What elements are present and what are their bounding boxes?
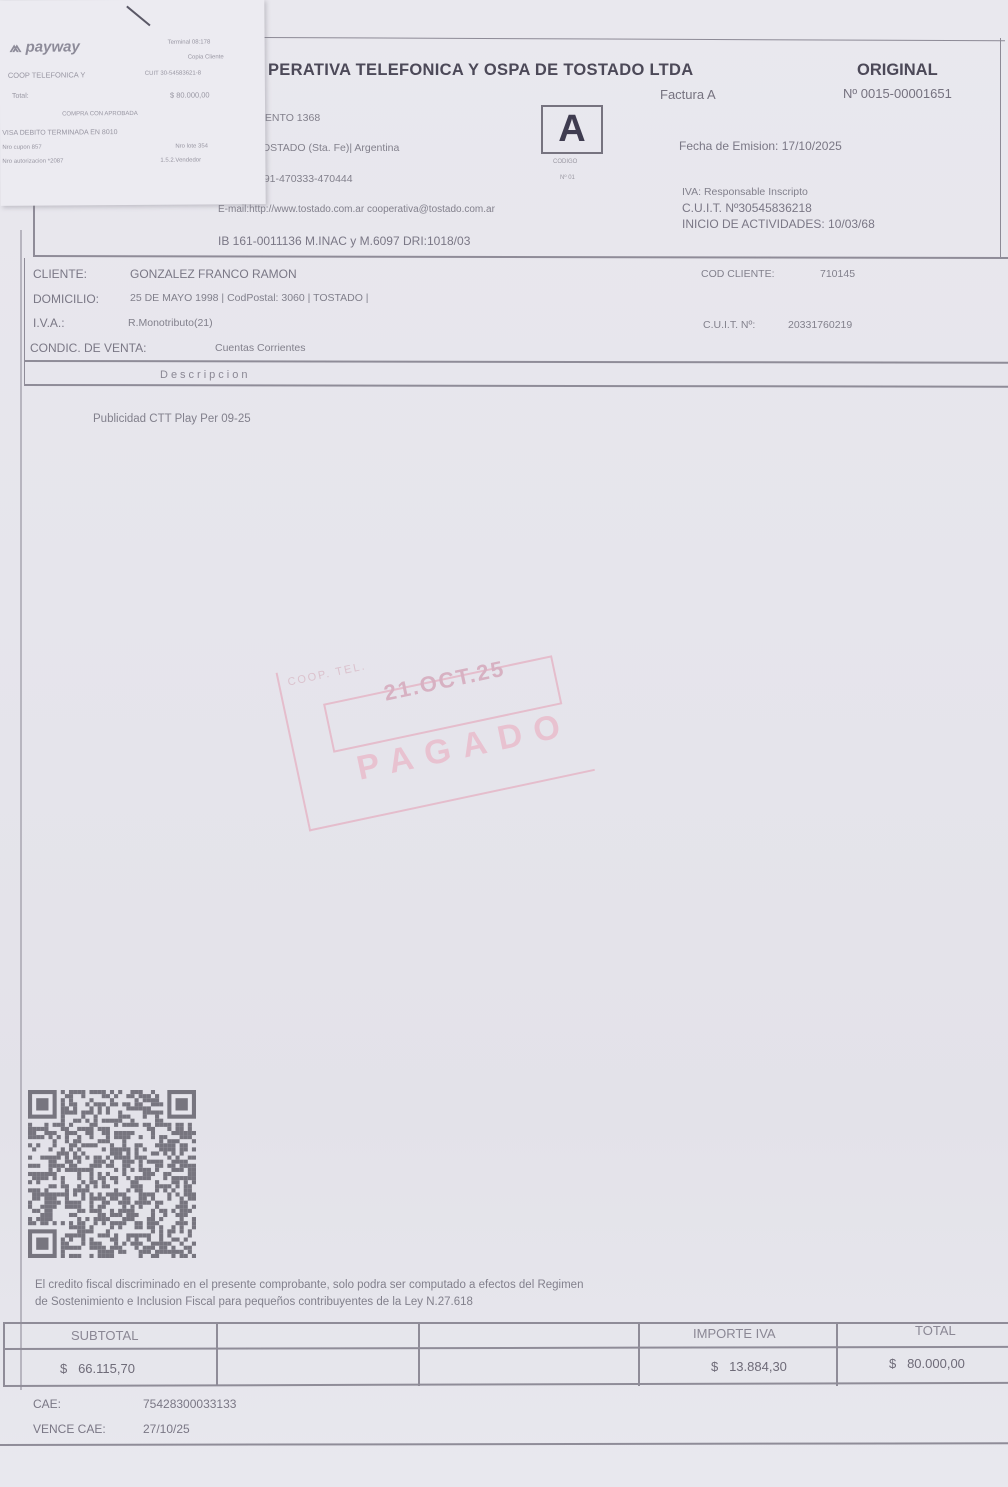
document-number: Nº 0015-00001651 (843, 86, 952, 101)
receipt-terminal: Terminal 08:178 (168, 39, 211, 45)
total-value: $ 80.000,00 (889, 1356, 965, 1371)
client-code: 710145 (820, 268, 855, 280)
receipt-brand: ⩕ payway (10, 38, 80, 55)
cae-due-value: 27/10/25 (143, 1422, 190, 1436)
subtotal-currency: $ (60, 1361, 67, 1376)
company-name: PERATIVA TELEFONICA Y OSPA DE TOSTADO LT… (268, 61, 693, 80)
qr-code (28, 1088, 196, 1260)
payment-receipt: ⩕ payway Terminal 08:178 Copia Cliente C… (0, 0, 266, 206)
total-currency: $ (889, 1356, 896, 1371)
totals-header-divider (3, 1346, 1008, 1350)
copy-type: ORIGINAL (857, 61, 938, 80)
totals-col-border-1 (216, 1322, 218, 1386)
client-code-label: COD CLIENTE: (701, 268, 775, 280)
total-label: TOTAL (915, 1323, 956, 1338)
iva-amount-value: $ 13.884,30 (711, 1359, 787, 1374)
sale-condition: Cuentas Corrientes (215, 342, 305, 354)
iva-currency: $ (711, 1359, 718, 1374)
description-item: Publicidad CTT Play Per 09-25 (93, 413, 251, 425)
iva-amount-label: IMPORTE IVA (693, 1326, 776, 1341)
header-divider (33, 255, 1008, 259)
issue-date-value: 17/10/2025 (782, 139, 842, 153)
invoice-letter: A (558, 108, 585, 151)
company-email: E-mail:http://www.tostado.com.ar coopera… (218, 204, 495, 215)
company-address: IENTO 1368 (262, 112, 320, 124)
client-cuit: 20331760219 (788, 319, 852, 331)
cae-label: CAE: (33, 1397, 61, 1411)
subtotal-amount: 66.115,70 (78, 1361, 135, 1376)
company-cuit: C.U.I.T. Nº30545836218 (682, 201, 812, 215)
description-divider (24, 384, 1008, 388)
client-address-label: DOMICILIO: (33, 292, 99, 306)
client-frame-left (24, 258, 25, 386)
receipt-copy-type: Copia Cliente (188, 54, 224, 60)
totals-bottom-border (3, 1382, 1008, 1387)
start-activities: INICIO DE ACTIVIDADES: 10/03/68 (682, 217, 875, 231)
totals-table: SUBTOTAL IMPORTE IVA TOTAL $ 66.115,70 $… (3, 1322, 1008, 1386)
totals-col-border-4 (836, 1322, 838, 1386)
payway-logo-icon: ⩕ (10, 39, 22, 56)
total-amount: 80.000,00 (907, 1356, 965, 1371)
client-address: 25 DE MAYO 1998 | CodPostal: 3060 | TOST… (130, 292, 369, 304)
client-iva-label: I.V.A.: (33, 316, 65, 330)
receipt-coupon: Nro cupon 857 (2, 145, 41, 151)
receipt-card: VISA DEBITO TERMINADA EN 8010 (2, 129, 117, 137)
legal-note-line-2: de Sostenimiento e Inclusion Fiscal para… (35, 1296, 473, 1308)
subtotal-label: SUBTOTAL (71, 1328, 138, 1343)
company-city: OSTADO (Sta. Fe)| Argentina (262, 142, 399, 154)
invoice-page: PERATIVA TELEFONICA Y OSPA DE TOSTADO LT… (0, 0, 1008, 1487)
sale-condition-label: CONDIC. DE VENTA: (30, 341, 146, 355)
legal-note-line-1: El credito fiscal discriminado en el pre… (35, 1279, 583, 1291)
totals-col-border-2 (418, 1322, 420, 1386)
issue-date-label: Fecha de Emision: (679, 139, 778, 153)
description-header: Descripcion (160, 369, 250, 381)
page-fold-line (20, 230, 22, 1390)
receipt-batch: Nro lote 354 (175, 143, 208, 149)
header-frame-top (260, 37, 1005, 41)
receipt-total-label: Total: (12, 93, 29, 100)
receipt-merchant-id: CUIT 30-54583621-8 (145, 71, 201, 77)
company-phone: 491-470333-470444 (258, 173, 353, 185)
client-cuit-label: C.U.I.T. Nº: (703, 319, 755, 331)
letter-caption-code: CODIGO (553, 159, 577, 165)
client-name: GONZALEZ FRANCO RAMON (130, 267, 297, 281)
issue-date: Fecha de Emision: 17/10/2025 (679, 139, 842, 153)
letter-caption-number: Nº 01 (560, 175, 575, 181)
totals-col-border-3 (638, 1322, 640, 1386)
subtotal-value: $ 66.115,70 (60, 1361, 135, 1376)
company-registration: IB 161-0011136 M.INAC y M.6097 DRI:1018/… (218, 234, 470, 248)
receipt-total-value: $ 80.000,00 (170, 90, 210, 99)
paid-stamp: COOP. TEL. 21.OCT.25 PAGADO (266, 609, 614, 842)
receipt-status: COMPRA CON APROBADA (62, 111, 138, 118)
iva-condition: IVA: Responsable Inscripto (682, 186, 808, 198)
totals-top-border (3, 1322, 1008, 1324)
cae-due-label: VENCE CAE: (33, 1422, 106, 1436)
receipt-authorization: Nro autorizacion *2087 (2, 158, 63, 164)
client-iva: R.Monotributo(21) (128, 317, 213, 329)
footer-divider (0, 1442, 1008, 1446)
cae-value: 75428300033133 (143, 1397, 236, 1411)
invoice-letter-box: A (541, 105, 603, 154)
iva-amount: 13.884,30 (729, 1359, 787, 1374)
receipt-merchant: COOP TELEFONICA Y (8, 70, 86, 80)
receipt-brand-name: payway (26, 38, 80, 55)
client-name-label: CLIENTE: (33, 267, 87, 281)
receipt-seller: 1.5.2.Vendedor (160, 158, 201, 164)
header-frame-right (1000, 38, 1001, 258)
document-type: Factura A (660, 87, 716, 102)
client-divider (24, 360, 1008, 364)
pen-mark (126, 6, 150, 27)
totals-col-border-0 (3, 1322, 5, 1386)
